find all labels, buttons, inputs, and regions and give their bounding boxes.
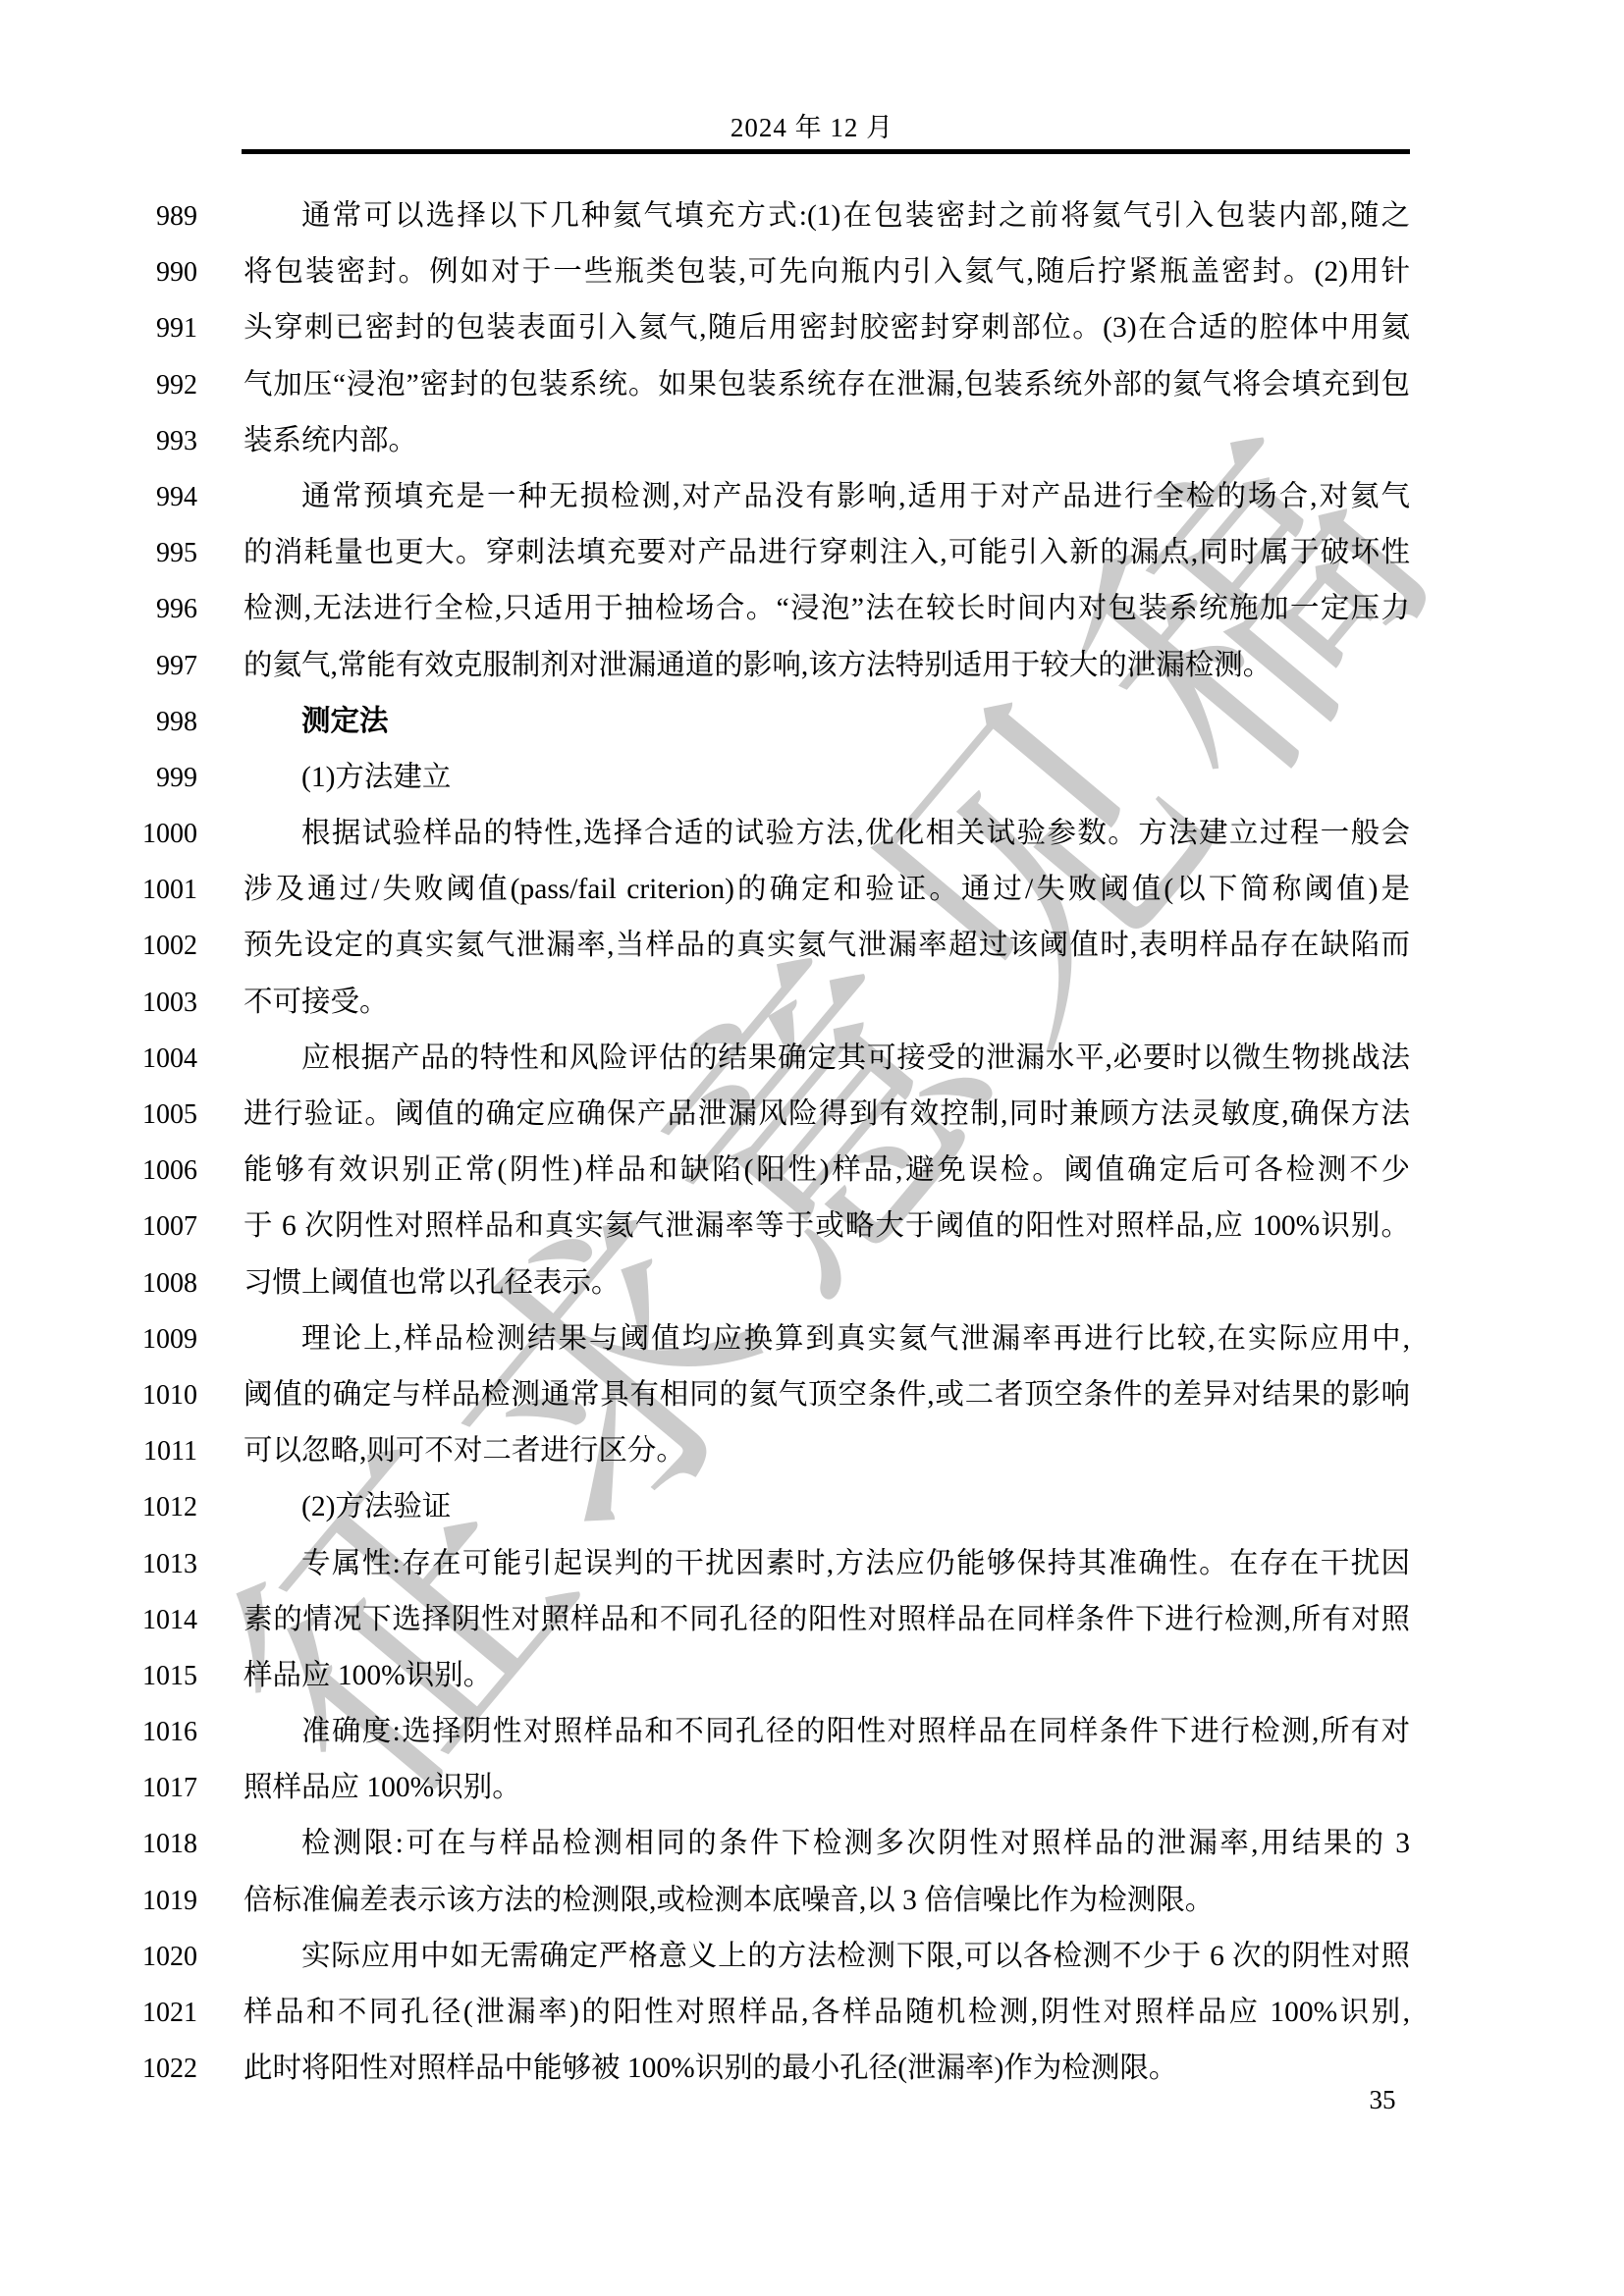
line-number: 991 (0, 300, 197, 356)
line-number: 1001 (0, 862, 197, 918)
line-text: 样品应 100%识别。 (244, 1648, 1410, 1704)
line-number: 1020 (0, 1929, 197, 1985)
line-text: 将包装密封。例如对于一些瓶类包装,可先向瓶内引入氦气,随后拧紧瓶盖密封。(2)用… (244, 244, 1410, 300)
text-line: 1016准确度:选择阴性对照样品和不同孔径的阳性对照样品在同样条件下进行检测,所… (0, 1704, 1624, 1760)
text-line: 1014素的情况下选择阴性对照样品和不同孔径的阳性对照样品在同样条件下进行检测,… (0, 1592, 1624, 1648)
text-line: 993装系统内部。 (0, 413, 1624, 469)
text-line: 1010阈值的确定与样品检测通常具有相同的氦气顶空条件,或二者顶空条件的差异对结… (0, 1367, 1624, 1423)
line-text: 倍标准偏差表示该方法的检测限,或检测本底噪音,以 3 倍信噪比作为检测限。 (244, 1873, 1410, 1929)
line-number: 1022 (0, 2041, 197, 2097)
line-text: 不可接受。 (244, 975, 1410, 1031)
text-line: 1000根据试验样品的特性,选择合适的试验方法,优化相关试验参数。方法建立过程一… (0, 806, 1624, 862)
line-number: 1004 (0, 1031, 197, 1087)
line-number: 1006 (0, 1143, 197, 1199)
line-number: 1016 (0, 1704, 197, 1760)
text-line: 1012(2)方法验证 (0, 1479, 1624, 1535)
line-number: 1021 (0, 1985, 197, 2041)
header-date: 2024 年 12 月 (0, 106, 1624, 144)
text-line: 997的氦气,常能有效克服制剂对泄漏通道的影响,该方法特别适用于较大的泄漏检测。 (0, 638, 1624, 694)
line-number: 1002 (0, 918, 197, 974)
line-text: 气加压“浸泡”密封的包装系统。如果包装系统存在泄漏,包装系统外部的氦气将会填充到… (244, 357, 1410, 413)
line-number: 993 (0, 413, 197, 469)
line-number: 1008 (0, 1255, 197, 1311)
line-text: 测定法 (244, 694, 1410, 750)
line-number: 1019 (0, 1873, 197, 1929)
text-line: 1001涉及通过/失败阈值(pass/fail criterion)的确定和验证… (0, 862, 1624, 918)
line-number: 1003 (0, 975, 197, 1031)
line-text: 习惯上阈值也常以孔径表示。 (244, 1255, 1410, 1311)
line-text: 实际应用中如无需确定严格意义上的方法检测下限,可以各检测不少于 6 次的阴性对照 (244, 1929, 1410, 1985)
text-line: 1009理论上,样品检测结果与阈值均应换算到真实氦气泄漏率再进行比较,在实际应用… (0, 1311, 1624, 1367)
line-text: 可以忽略,则可不对二者进行区分。 (244, 1423, 1410, 1479)
line-number: 1013 (0, 1536, 197, 1592)
text-line: 994通常预填充是一种无损检测,对产品没有影响,适用于对产品进行全检的场合,对氦… (0, 469, 1624, 525)
line-number: 1015 (0, 1648, 197, 1704)
text-line: 990将包装密封。例如对于一些瓶类包装,可先向瓶内引入氦气,随后拧紧瓶盖密封。(… (0, 244, 1624, 300)
line-number: 1012 (0, 1479, 197, 1535)
line-text: 素的情况下选择阴性对照样品和不同孔径的阳性对照样品在同样条件下进行检测,所有对照 (244, 1592, 1410, 1648)
line-number: 997 (0, 638, 197, 694)
line-text: 进行验证。阈值的确定应确保产品泄漏风险得到有效控制,同时兼顾方法灵敏度,确保方法 (244, 1087, 1410, 1143)
text-line: 1002预先设定的真实氦气泄漏率,当样品的真实氦气泄漏率超过该阈值时,表明样品存… (0, 918, 1624, 974)
line-text: 于 6 次阴性对照样品和真实氦气泄漏率等于或略大于阈值的阳性对照样品,应 100… (244, 1199, 1410, 1255)
line-text: 准确度:选择阴性对照样品和不同孔径的阳性对照样品在同样条件下进行检测,所有对 (244, 1704, 1410, 1760)
line-number: 1000 (0, 806, 197, 862)
line-text: 检测限:可在与样品检测相同的条件下检测多次阴性对照样品的泄漏率,用结果的 3 (244, 1816, 1410, 1872)
text-line: 1006能够有效识别正常(阴性)样品和缺陷(阳性)样品,避免误检。阈值确定后可各… (0, 1143, 1624, 1199)
text-line: 995的消耗量也更大。穿刺法填充要对产品进行穿刺注入,可能引入新的漏点,同时属于… (0, 525, 1624, 581)
line-number: 989 (0, 188, 197, 244)
text-line: 1003不可接受。 (0, 975, 1624, 1031)
text-line: 1017照样品应 100%识别。 (0, 1760, 1624, 1816)
text-line: 1015样品应 100%识别。 (0, 1648, 1624, 1704)
text-line: 1004应根据产品的特性和风险评估的结果确定其可接受的泄漏水平,必要时以微生物挑… (0, 1031, 1624, 1087)
line-text: 此时将阳性对照样品中能够被 100%识别的最小孔径(泄漏率)作为检测限。 (244, 2041, 1410, 2097)
line-text: 涉及通过/失败阈值(pass/fail criterion)的确定和验证。通过/… (244, 862, 1410, 918)
text-line: 999(1)方法建立 (0, 750, 1624, 806)
document-page: 征求意见稿 2024 年 12 月 989通常可以选择以下几种氦气填充方式:(1… (0, 0, 1624, 2296)
text-line: 1019倍标准偏差表示该方法的检测限,或检测本底噪音,以 3 倍信噪比作为检测限… (0, 1873, 1624, 1929)
line-text: 检测,无法进行全检,只适用于抽检场合。“浸泡”法在较长时间内对包装系统施加一定压… (244, 581, 1410, 637)
line-text: (2)方法验证 (244, 1479, 1410, 1535)
line-number: 995 (0, 525, 197, 581)
line-text: 能够有效识别正常(阴性)样品和缺陷(阳性)样品,避免误检。阈值确定后可各检测不少 (244, 1143, 1410, 1199)
line-number: 1017 (0, 1760, 197, 1816)
text-line: 992气加压“浸泡”密封的包装系统。如果包装系统存在泄漏,包装系统外部的氦气将会… (0, 357, 1624, 413)
line-number: 992 (0, 357, 197, 413)
line-number: 1005 (0, 1087, 197, 1143)
body-text-block: 989通常可以选择以下几种氦气填充方式:(1)在包装密封之前将氦气引入包装内部,… (0, 188, 1624, 2097)
text-line: 996检测,无法进行全检,只适用于抽检场合。“浸泡”法在较长时间内对包装系统施加… (0, 581, 1624, 637)
line-text: 的消耗量也更大。穿刺法填充要对产品进行穿刺注入,可能引入新的漏点,同时属于破坏性 (244, 525, 1410, 581)
line-text: 阈值的确定与样品检测通常具有相同的氦气顶空条件,或二者顶空条件的差异对结果的影响 (244, 1367, 1410, 1423)
line-text: 照样品应 100%识别。 (244, 1760, 1410, 1816)
line-text: 通常可以选择以下几种氦气填充方式:(1)在包装密封之前将氦气引入包装内部,随之 (244, 188, 1410, 244)
text-line: 1018检测限:可在与样品检测相同的条件下检测多次阴性对照样品的泄漏率,用结果的… (0, 1816, 1624, 1872)
line-number: 1010 (0, 1367, 197, 1423)
line-number: 1007 (0, 1199, 197, 1255)
line-text: 的氦气,常能有效克服制剂对泄漏通道的影响,该方法特别适用于较大的泄漏检测。 (244, 638, 1410, 694)
line-text: 装系统内部。 (244, 413, 1410, 469)
page-number: 35 (1355, 2085, 1410, 2115)
line-text: 通常预填充是一种无损检测,对产品没有影响,适用于对产品进行全检的场合,对氦气 (244, 469, 1410, 525)
line-text: 预先设定的真实氦气泄漏率,当样品的真实氦气泄漏率超过该阈值时,表明样品存在缺陷而 (244, 918, 1410, 974)
text-line: 1007于 6 次阴性对照样品和真实氦气泄漏率等于或略大于阈值的阳性对照样品,应… (0, 1199, 1624, 1255)
line-number: 990 (0, 244, 197, 300)
line-text: 理论上,样品检测结果与阈值均应换算到真实氦气泄漏率再进行比较,在实际应用中, (244, 1311, 1410, 1367)
line-number: 998 (0, 694, 197, 750)
text-line: 1021样品和不同孔径(泄漏率)的阳性对照样品,各样品随机检测,阴性对照样品应 … (0, 1985, 1624, 2041)
line-text: 应根据产品的特性和风险评估的结果确定其可接受的泄漏水平,必要时以微生物挑战法 (244, 1031, 1410, 1087)
text-line: 1013专属性:存在可能引起误判的干扰因素时,方法应仍能够保持其准确性。在存在干… (0, 1536, 1624, 1592)
text-line: 998测定法 (0, 694, 1624, 750)
text-line: 1005进行验证。阈值的确定应确保产品泄漏风险得到有效控制,同时兼顾方法灵敏度,… (0, 1087, 1624, 1143)
line-number: 999 (0, 750, 197, 806)
line-number: 996 (0, 581, 197, 637)
text-line: 1011可以忽略,则可不对二者进行区分。 (0, 1423, 1624, 1479)
line-text: (1)方法建立 (244, 750, 1410, 806)
line-number: 994 (0, 469, 197, 525)
line-number: 1018 (0, 1816, 197, 1872)
line-text: 样品和不同孔径(泄漏率)的阳性对照样品,各样品随机检测,阴性对照样品应 100%… (244, 1985, 1410, 2041)
text-line: 1008习惯上阈值也常以孔径表示。 (0, 1255, 1624, 1311)
line-number: 1014 (0, 1592, 197, 1648)
line-text: 头穿刺已密封的包装表面引入氦气,随后用密封胶密封穿刺部位。(3)在合适的腔体中用… (244, 300, 1410, 356)
line-text: 专属性:存在可能引起误判的干扰因素时,方法应仍能够保持其准确性。在存在干扰因 (244, 1536, 1410, 1592)
text-line: 1020实际应用中如无需确定严格意义上的方法检测下限,可以各检测不少于 6 次的… (0, 1929, 1624, 1985)
line-number: 1011 (0, 1423, 197, 1479)
line-number: 1009 (0, 1311, 197, 1367)
text-line: 989通常可以选择以下几种氦气填充方式:(1)在包装密封之前将氦气引入包装内部,… (0, 188, 1624, 244)
header-rule (242, 149, 1410, 154)
line-text: 根据试验样品的特性,选择合适的试验方法,优化相关试验参数。方法建立过程一般会 (244, 806, 1410, 862)
text-line: 991头穿刺已密封的包装表面引入氦气,随后用密封胶密封穿刺部位。(3)在合适的腔… (0, 300, 1624, 356)
